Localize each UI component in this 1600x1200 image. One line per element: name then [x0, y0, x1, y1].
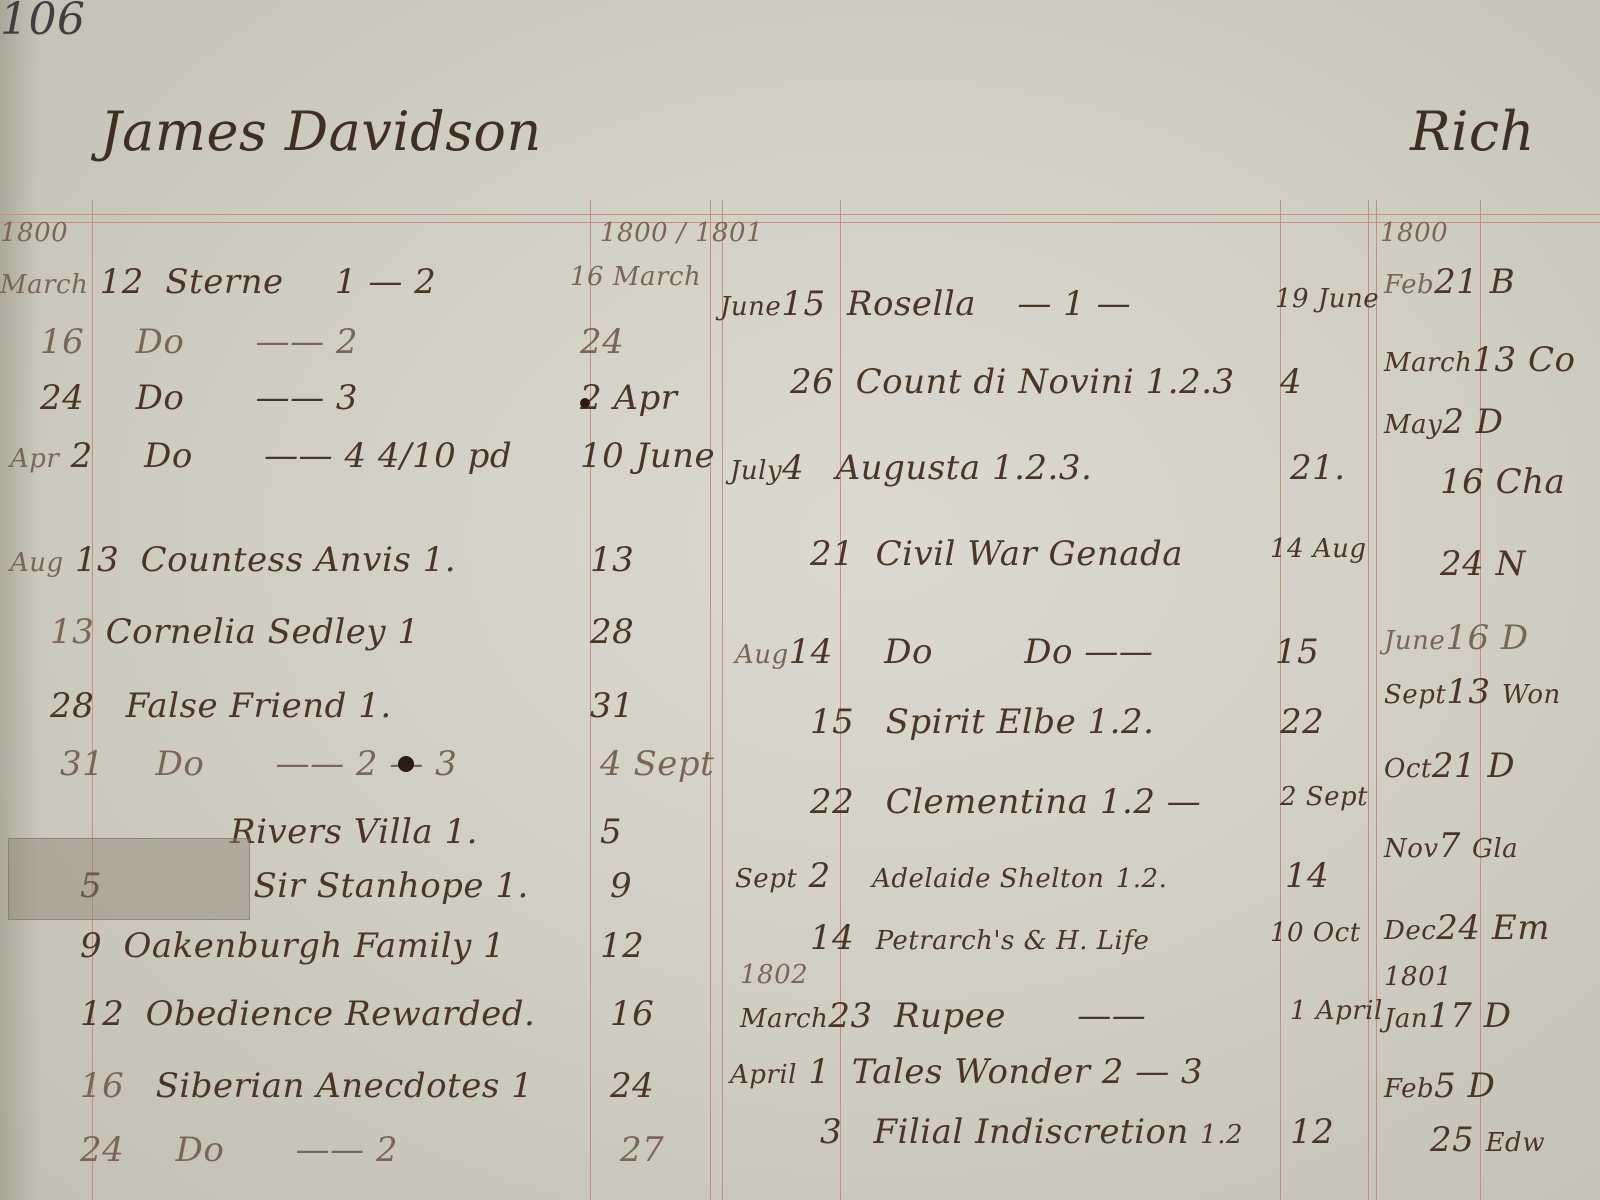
ledger-row: 24 Do —— 227	[80, 1130, 398, 1170]
ledger-row: March 12 Sterne 1 — 216 March	[0, 262, 436, 302]
right-account-name: Rich	[1410, 100, 1535, 163]
ledger-row: 26 Count di Novini 1.2.34	[790, 362, 1235, 402]
ledger-row: Apr 2 Do —— 4 4/10 pd10 June	[10, 436, 512, 476]
middle-left-rule-1	[710, 200, 711, 1200]
middle-return-rule	[1280, 200, 1281, 1200]
ledger-row: 24 Do —— 32 Apr	[40, 378, 358, 418]
year-marker-1802: 1802	[740, 960, 808, 990]
ledger-row: March13 Co	[1384, 340, 1575, 380]
ledger-row: 9 Oakenburgh Family 112	[80, 926, 505, 966]
ledger-row: 13 Cornelia Sedley 128	[50, 612, 420, 652]
ledger-row: Dec24 Em	[1384, 908, 1550, 948]
ledger-row: Rivers Villa 1.5	[230, 812, 478, 852]
header-rule-top	[0, 214, 1600, 215]
right-left-rule-1	[1368, 200, 1369, 1200]
ledger-row: Oct21 D	[1384, 746, 1515, 786]
ledger-row: 25 Edw	[1430, 1120, 1545, 1160]
ink-blot	[398, 756, 414, 772]
ledger-row: 3 Filial Indiscretion 1.212	[820, 1112, 1243, 1152]
ledger-row: June16 D	[1384, 618, 1529, 658]
ledger-row: 12 Obedience Rewarded.16	[80, 994, 535, 1034]
ledger-row: 24 N	[1440, 544, 1526, 584]
right-year-header: 1800	[1380, 218, 1448, 248]
page-number: 106	[0, 0, 85, 45]
ledger-row: Feb21 B	[1384, 262, 1515, 302]
ledger-row: 16 Do —— 224	[40, 322, 358, 362]
right-left-rule-2	[1376, 200, 1377, 1200]
ledger-row: Sept13 Won	[1384, 672, 1561, 712]
ledger-row: April 1 Tales Wonder 2 — 3	[730, 1052, 1203, 1092]
year-marker-1801: 1801	[1384, 962, 1452, 992]
left-account-name: James Davidson	[100, 100, 542, 163]
ledger-row: Nov7 Gla	[1384, 826, 1518, 866]
ledger-row: Sept 2 Adelaide Shelton 1.2.14	[735, 856, 1167, 896]
middle-date-rule	[840, 200, 841, 1200]
binding-shadow	[0, 0, 40, 1200]
ledger-row: 14 Petrarch's & H. Life10 Oct	[810, 918, 1149, 958]
ledger-row: 28 False Friend 1.31	[50, 686, 392, 726]
ledger-row: Feb5 D	[1384, 1066, 1495, 1106]
ledger-row: Jan17 D	[1384, 996, 1512, 1036]
ledger-row: July4 Augusta 1.2.3.21.	[730, 448, 1092, 488]
ledger-page: 106 James Davidson Rich 1800 1800 / 1801…	[0, 0, 1600, 1200]
ledger-row: 16 Cha	[1440, 462, 1565, 502]
ledger-row: Aug14 Do Do ——15	[735, 632, 1153, 672]
header-rule-bottom	[0, 222, 1600, 223]
ledger-row: 22 Clementina 1.2 —2 Sept	[810, 782, 1201, 822]
ledger-row: 15 Spirit Elbe 1.2.22	[810, 702, 1154, 742]
paper-repair-patch	[8, 838, 250, 920]
ledger-row: 16 Siberian Anecdotes 124	[80, 1066, 533, 1106]
middle-year-header: 1800 / 1801	[600, 218, 763, 248]
ledger-row: March23 Rupee ——1 April	[740, 996, 1146, 1036]
left-year-header: 1800	[0, 218, 68, 248]
middle-left-rule-2	[722, 200, 723, 1200]
ledger-row: June15 Rosella — 1 —19 June	[720, 284, 1131, 324]
ledger-row: Aug 13 Countess Anvis 1.13	[10, 540, 456, 580]
ledger-row: May2 D	[1384, 402, 1504, 442]
ledger-row: 21 Civil War Genada14 Aug	[810, 534, 1183, 574]
ink-blot	[580, 398, 590, 408]
